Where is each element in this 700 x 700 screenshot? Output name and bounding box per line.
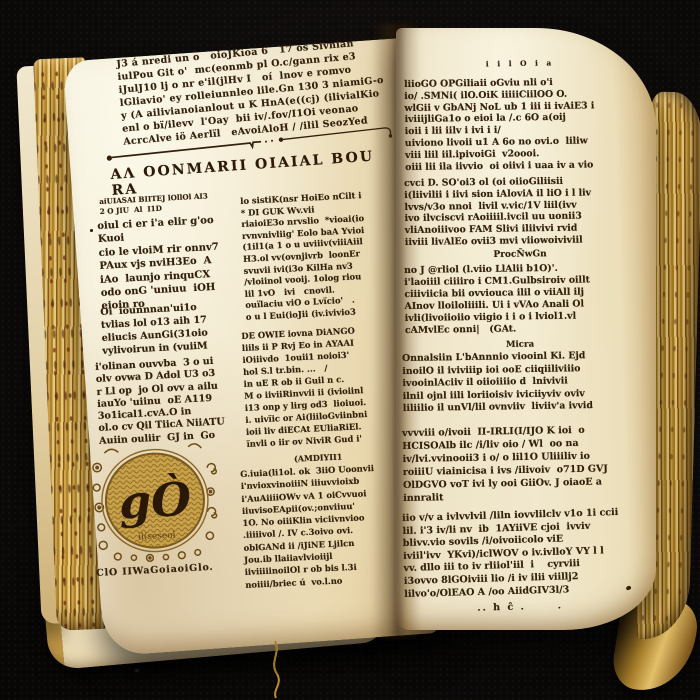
bookmark-thread [266, 640, 292, 700]
seal-monogram: gÒ [117, 471, 192, 530]
left-column-paragraph-2: Oi iounnnan'ui1o tvlias lol o13 aih 17 e… [100, 299, 245, 358]
left-column-paragraph-3: i'olinan ouvvba 3 o ui olv ovwa D Adol U… [95, 354, 245, 448]
right-page-paragraph-2: cvci D. SO'oi3 ol (oi oiioGiliisii i(lii… [404, 174, 661, 248]
ink-spot [90, 229, 93, 232]
seal-ornament: gÒ il(seseol [88, 439, 222, 566]
middle-column-paragraph-1: lo sistiK(nsr HoiEo nCilt i * DI GUK Wv.… [240, 188, 400, 323]
seal-inner-script: il(seseol [138, 530, 176, 543]
right-page-paragraph-3: no J @rliol (l.viio LlAlii b1O)'. i'laoi… [404, 261, 661, 337]
right-page-paragraph-5: vvvviii o/ivoii II-IRLI(I/IJO K ioi o HC… [402, 422, 661, 504]
middle-column-paragraph-2: DE OWIE iovna DiANGO liils ii P Rvj Eo i… [241, 323, 399, 450]
right-page-paragraph-1: liioGO OPGiliaii oGviu nli o'i io/ .SMNi… [404, 75, 661, 173]
desk-speckle [135, 669, 139, 672]
right-page-paragraph-4: Onnalsiin L'bAnnnio viooinl Ki. Ejd inoi… [402, 349, 661, 416]
middle-column-paragraph-3: G.iuia(li1ol. ok 3iiO Uoonvii i'nvioxvin… [240, 461, 399, 591]
